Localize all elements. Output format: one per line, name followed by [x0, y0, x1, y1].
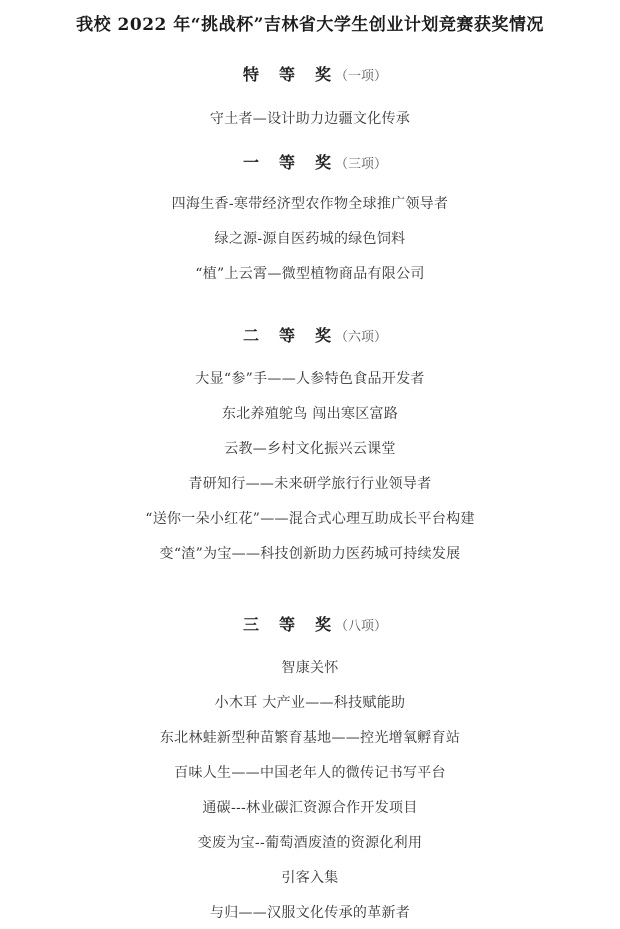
award-item: 大显“参”手——人参特色食品开发者 [0, 368, 620, 388]
award-item: 智康关怀 [0, 657, 620, 677]
heading-char: 三 [243, 612, 259, 635]
heading-char: 等 [279, 150, 295, 173]
award-item: 引客入集 [0, 867, 620, 887]
heading-char: 奖 [315, 62, 331, 85]
heading-char: 等 [279, 612, 295, 635]
document-title: 我校 2022 年“挑战杯”吉林省大学生创业计划竞赛获奖情况 [0, 10, 620, 35]
section-heading-special: 特等奖（一项） [0, 62, 620, 85]
award-item: 与归——汉服文化传承的革新者 [0, 902, 620, 922]
award-item: 百味人生——中国老年人的微传记书写平台 [0, 762, 620, 782]
heading-char: 等 [279, 62, 295, 85]
heading-char: 奖 [315, 612, 331, 635]
heading-count: （三项） [335, 157, 387, 172]
award-item: 东北林蛙新型种苗繁育基地——控光增氧孵育站 [0, 727, 620, 747]
heading-char: 二 [243, 323, 259, 346]
award-item: 通碳---林业碳汇资源合作开发项目 [0, 797, 620, 817]
award-item: 小木耳 大产业——科技赋能助 [0, 692, 620, 712]
section-heading-second: 二等奖（六项） [0, 323, 620, 346]
award-item: “送你一朵小红花”——混合式心理互助成长平台构建 [0, 508, 620, 528]
heading-char: 特 [243, 62, 259, 85]
heading-char: 奖 [315, 323, 331, 346]
award-item: 青研知行——未来研学旅行行业领导者 [0, 473, 620, 493]
section-heading-first: 一等奖（三项） [0, 150, 620, 173]
section-heading-third: 三等奖（八项） [0, 612, 620, 635]
heading-char: 奖 [315, 150, 331, 173]
award-item: “植”上云霄—微型植物商品有限公司 [0, 263, 620, 283]
award-item: 四海生香-寒带经济型农作物全球推广领导者 [0, 193, 620, 213]
award-item: 东北养殖鸵鸟 闯出寒区富路 [0, 403, 620, 423]
award-item: 绿之源-源自医药城的绿色饲料 [0, 228, 620, 248]
heading-count: （八项） [335, 619, 387, 634]
heading-count: （六项） [335, 330, 387, 345]
heading-count: （一项） [335, 69, 387, 84]
heading-char: 一 [243, 150, 259, 173]
heading-char: 等 [279, 323, 295, 346]
award-item: 云教—乡村文化振兴云课堂 [0, 438, 620, 458]
award-item: 变废为宝--葡萄酒废渣的资源化利用 [0, 832, 620, 852]
award-item: 守土者—设计助力边疆文化传承 [0, 108, 620, 128]
award-item: 变“渣”为宝——科技创新助力医药城可持续发展 [0, 543, 620, 563]
